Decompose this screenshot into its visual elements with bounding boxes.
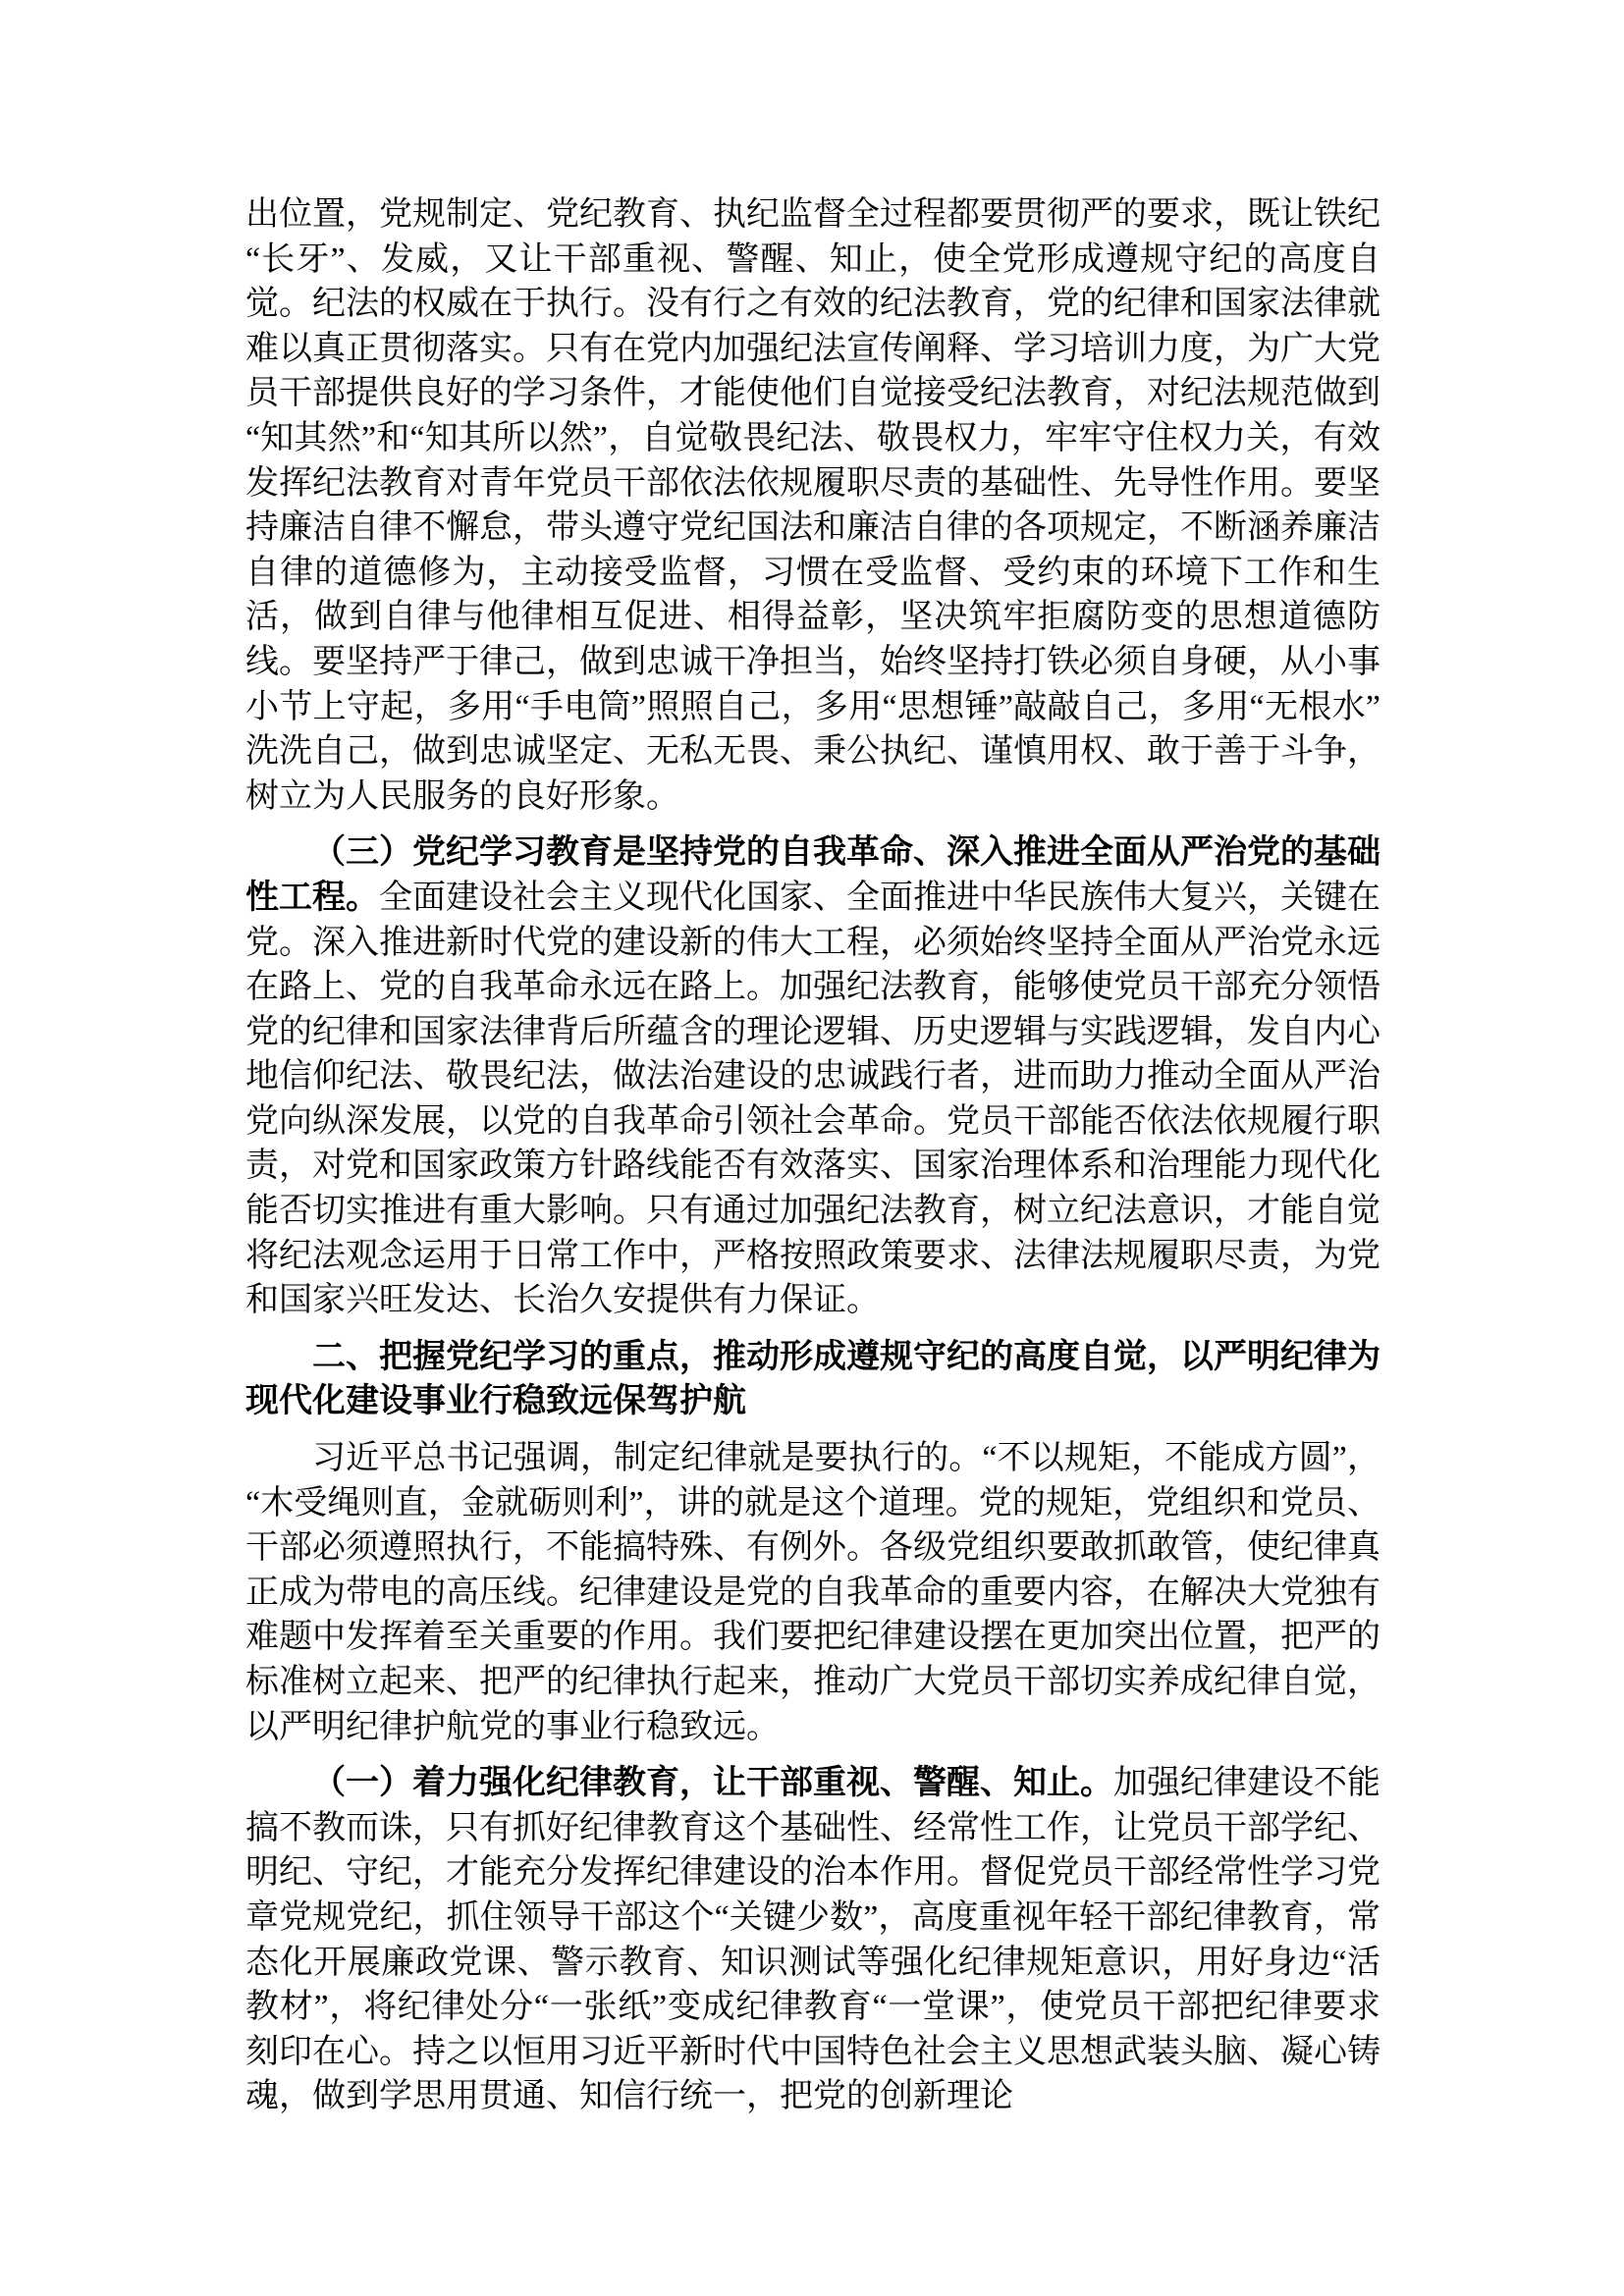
text-run: 出位置，党规制定、党纪教育、执纪监督全过程都要贯彻严的要求，既让铁纪“长牙”、发…: [245, 196, 1380, 815]
paragraph: 出位置，党规制定、党纪教育、执纪监督全过程都要贯彻严的要求，既让铁纪“长牙”、发…: [245, 192, 1380, 819]
paragraph: 习近平总书记强调，制定纪律就是要执行的。“不以规矩，不能成方圆”，“木受绳则直，…: [245, 1436, 1380, 1749]
text-run: 加强纪律建设不能搞不教而诛，只有抓好纪律教育这个基础性、经常性工作，让党员干部学…: [245, 1765, 1380, 2114]
paragraph: （一）着力强化纪律教育，让干部重视、警醒、知止。加强纪律建设不能搞不教而诛，只有…: [245, 1761, 1380, 2119]
text-run: 习近平总书记强调，制定纪律就是要执行的。“不以规矩，不能成方圆”，“木受绳则直，…: [245, 1440, 1380, 1745]
text-run: 全面建设社会主义现代化国家、全面推进中华民族伟大复兴，关键在党。深入推进新时代党…: [245, 880, 1380, 1318]
text-run-bold: 二、把握党纪学习的重点，推动形成遵规守纪的高度自觉，以严明纪律为现代化建设事业行…: [245, 1339, 1380, 1420]
document-page: 出位置，党规制定、党纪教育、执纪监督全过程都要贯彻严的要求，既让铁纪“长牙”、发…: [0, 0, 1624, 2296]
section-heading: 二、把握党纪学习的重点，推动形成遵规守纪的高度自觉，以严明纪律为现代化建设事业行…: [245, 1335, 1380, 1424]
document-content: 出位置，党规制定、党纪教育、执纪监督全过程都要贯彻严的要求，既让铁纪“长牙”、发…: [245, 192, 1380, 2131]
paragraph: （三）党纪学习教育是坚持党的自我革命、深入推进全面从严治党的基础性工程。全面建设…: [245, 830, 1380, 1323]
text-run-bold: （一）着力强化纪律教育，让干部重视、警醒、知止。: [312, 1765, 1113, 1801]
